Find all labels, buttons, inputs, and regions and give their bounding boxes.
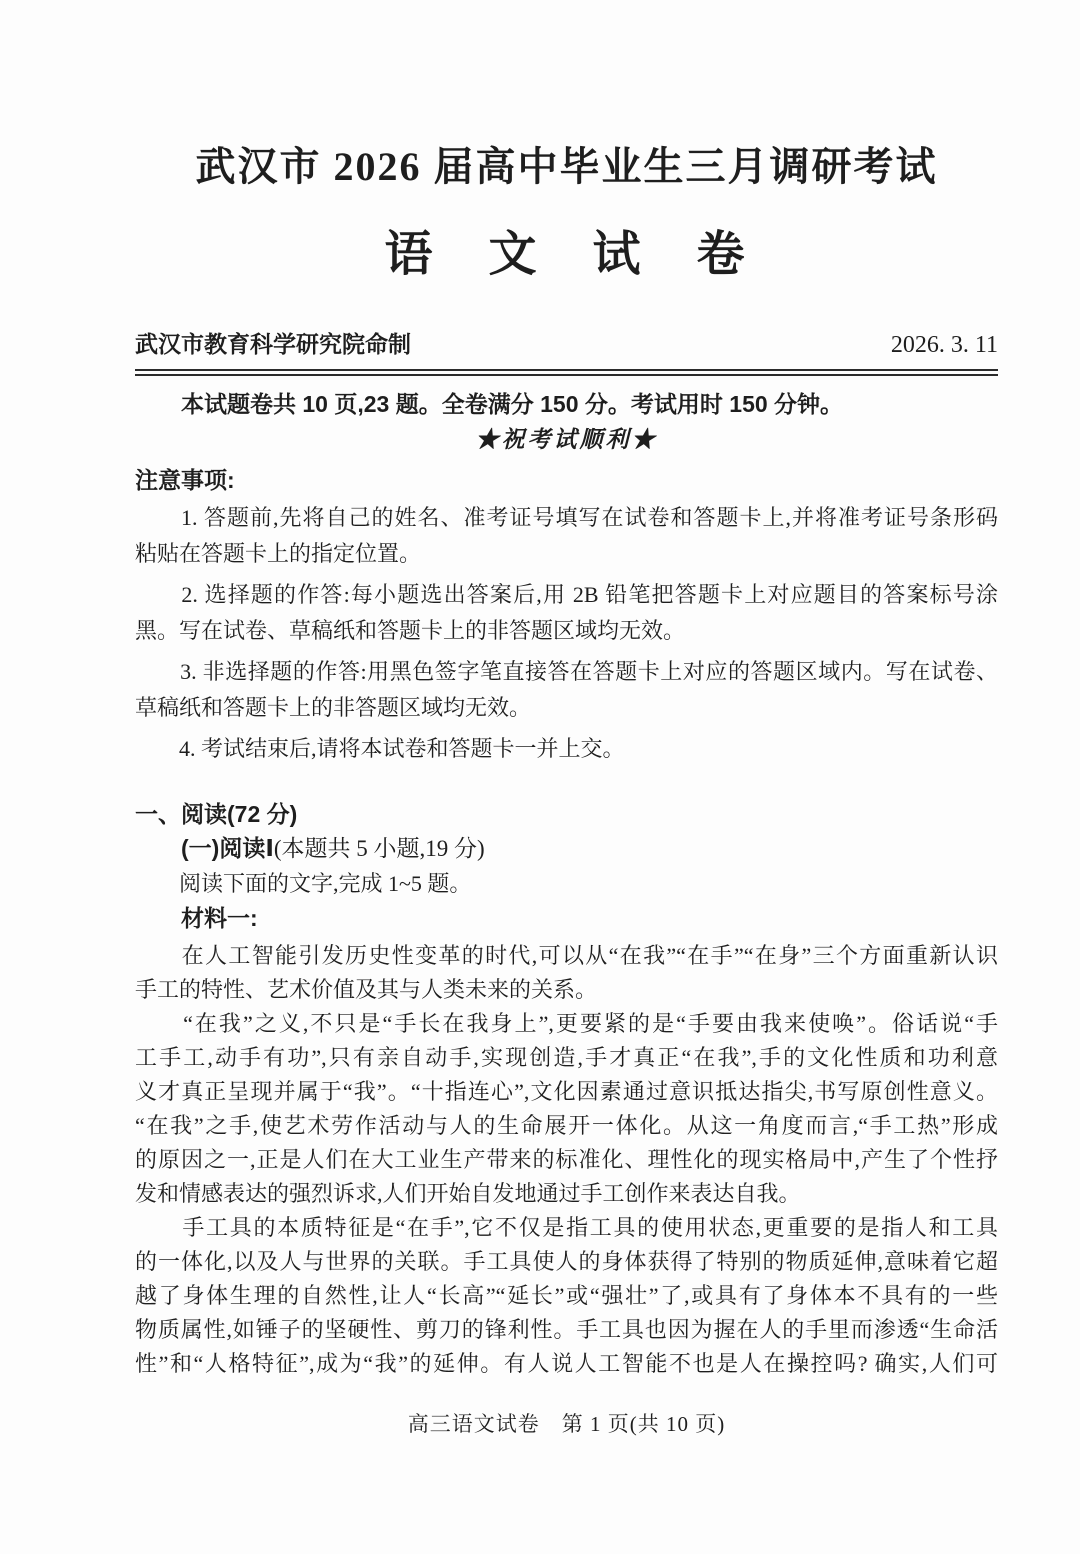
notice-item-2: 2. 选择题的作答:每小题选出答案后,用 2B 铅笔把答题卡上对应题目的答案标号…	[135, 577, 998, 649]
notices-heading: 注意事项:	[135, 464, 998, 496]
issuing-body: 武汉市教育科学研究院命制	[135, 330, 411, 360]
notice-line: 3. 非选择题的作答:用黑色签字笔直接答在答题卡上对应的答题区域内。写在试卷、	[135, 654, 998, 690]
material-text-line: 物质属性,如锤子的坚硬性、剪刀的锋利性。手工具也因为握在人的手里而渗透“生命活	[135, 1313, 998, 1347]
reading-1-subheading: (一)阅读Ⅰ(本题共 5 小题,19 分)	[135, 831, 998, 866]
notice-line: 2. 选择题的作答:每小题选出答案后,用 2B 铅笔把答题卡上对应题目的答案标号…	[135, 577, 998, 613]
paper-summary: 本试题卷共 10 页,23 题。全卷满分 150 分。考试用时 150 分钟。	[135, 388, 998, 420]
notice-line: 1. 答题前,先将自己的姓名、准考证号填写在试卷和答题卡上,并将准考证号条形码	[135, 500, 998, 536]
material-text-line: 工手工,动手有功”,只有亲自动手,实现创造,手才真正“在我”,手的文化性质和功利…	[135, 1041, 998, 1075]
material-text-line: 性”和“人格特征”,成为“我”的延伸。有人说人工智能不也是人在操控吗? 确实,人…	[135, 1347, 998, 1381]
notice-line: 粘贴在答题卡上的指定位置。	[135, 536, 998, 572]
notice-line: 草稿纸和答题卡上的非答题区域均无效。	[135, 690, 998, 726]
material-text-line: “在我”之手,使艺术劳作活动与人的生命展开一体化。从这一角度而言,“手工热”形成	[135, 1109, 998, 1143]
material-text-line: 的原因之一,正是人们在大工业生产带来的标准化、理性化的现实格局中,产生了个性抒	[135, 1143, 998, 1177]
reading-instruction: 阅读下面的文字,完成 1~5 题。	[135, 866, 998, 901]
material-text-line: 手工具的本质特征是“在手”,它不仅是指工具的使用状态,更重要的是指人和工具	[135, 1211, 998, 1245]
material-text-line: “在我”之义,不只是“手长在我身上”,更要紧的是“手要由我来使唤”。俗话说“手	[135, 1007, 998, 1041]
reading-1-label: (一)阅读Ⅰ	[181, 835, 274, 861]
material-text-line: 在人工智能引发历史性变革的时代,可以从“在我”“在手”“在身”三个方面重新认识	[135, 939, 998, 973]
exam-date: 2026. 3. 11	[891, 330, 998, 360]
notice-line: 4. 考试结束后,请将本试卷和答题卡一并上交。	[135, 731, 998, 767]
reading-1-points: (本题共 5 小题,19 分)	[274, 836, 485, 861]
material-text-line: 手工的特性、艺术价值及其与人类未来的关系。	[135, 973, 998, 1007]
material-1-label: 材料一:	[135, 901, 998, 936]
material-text-line: 的一体化,以及人与世界的关联。手工具使人的身体获得了特别的物质延伸,意味着它超	[135, 1245, 998, 1279]
subject-title: 语 文 试 卷	[135, 226, 998, 284]
notice-line: 黑。写在试卷、草稿纸和答题卡上的非答题区域均无效。	[135, 613, 998, 649]
material-text-line: 越了身体生理的自然性,让人“长高”“延长”或“强壮”了,或具有了身体本不具有的一…	[135, 1279, 998, 1313]
exam-session-title: 武汉市 2026 届高中毕业生三月调研考试	[135, 142, 998, 192]
material-text-line: 义才真正呈现并属于“我”。“十指连心”,文化因素通过意识抵达指尖,书写原创性意义…	[135, 1075, 998, 1109]
material-1-text: 在人工智能引发历史性变革的时代,可以从“在我”“在手”“在身”三个方面重新认识 …	[135, 939, 998, 1381]
material-text-line: 发和情感表达的强烈诉求,人们开始自发地通过手工创作来表达自我。	[135, 1177, 998, 1211]
page-footer: 高三语文试卷 第 1 页(共 10 页)	[135, 1409, 998, 1439]
exam-paper: 武汉市 2026 届高中毕业生三月调研考试 语 文 试 卷 武汉市教育科学研究院…	[0, 0, 1080, 1554]
good-luck-banner: ★祝考试顺利★	[135, 424, 998, 456]
notice-item-4: 4. 考试结束后,请将本试卷和答题卡一并上交。	[135, 731, 998, 767]
section-1-heading: 一、阅读(72 分)	[135, 797, 998, 831]
byline-row: 武汉市教育科学研究院命制 2026. 3. 11	[135, 330, 998, 360]
notice-item-1: 1. 答题前,先将自己的姓名、准考证号填写在试卷和答题卡上,并将准考证号条形码 …	[135, 500, 998, 572]
header-divider	[135, 369, 998, 376]
notice-item-3: 3. 非选择题的作答:用黑色签字笔直接答在答题卡上对应的答题区域内。写在试卷、 …	[135, 654, 998, 726]
notices-list: 1. 答题前,先将自己的姓名、准考证号填写在试卷和答题卡上,并将准考证号条形码 …	[135, 500, 998, 767]
